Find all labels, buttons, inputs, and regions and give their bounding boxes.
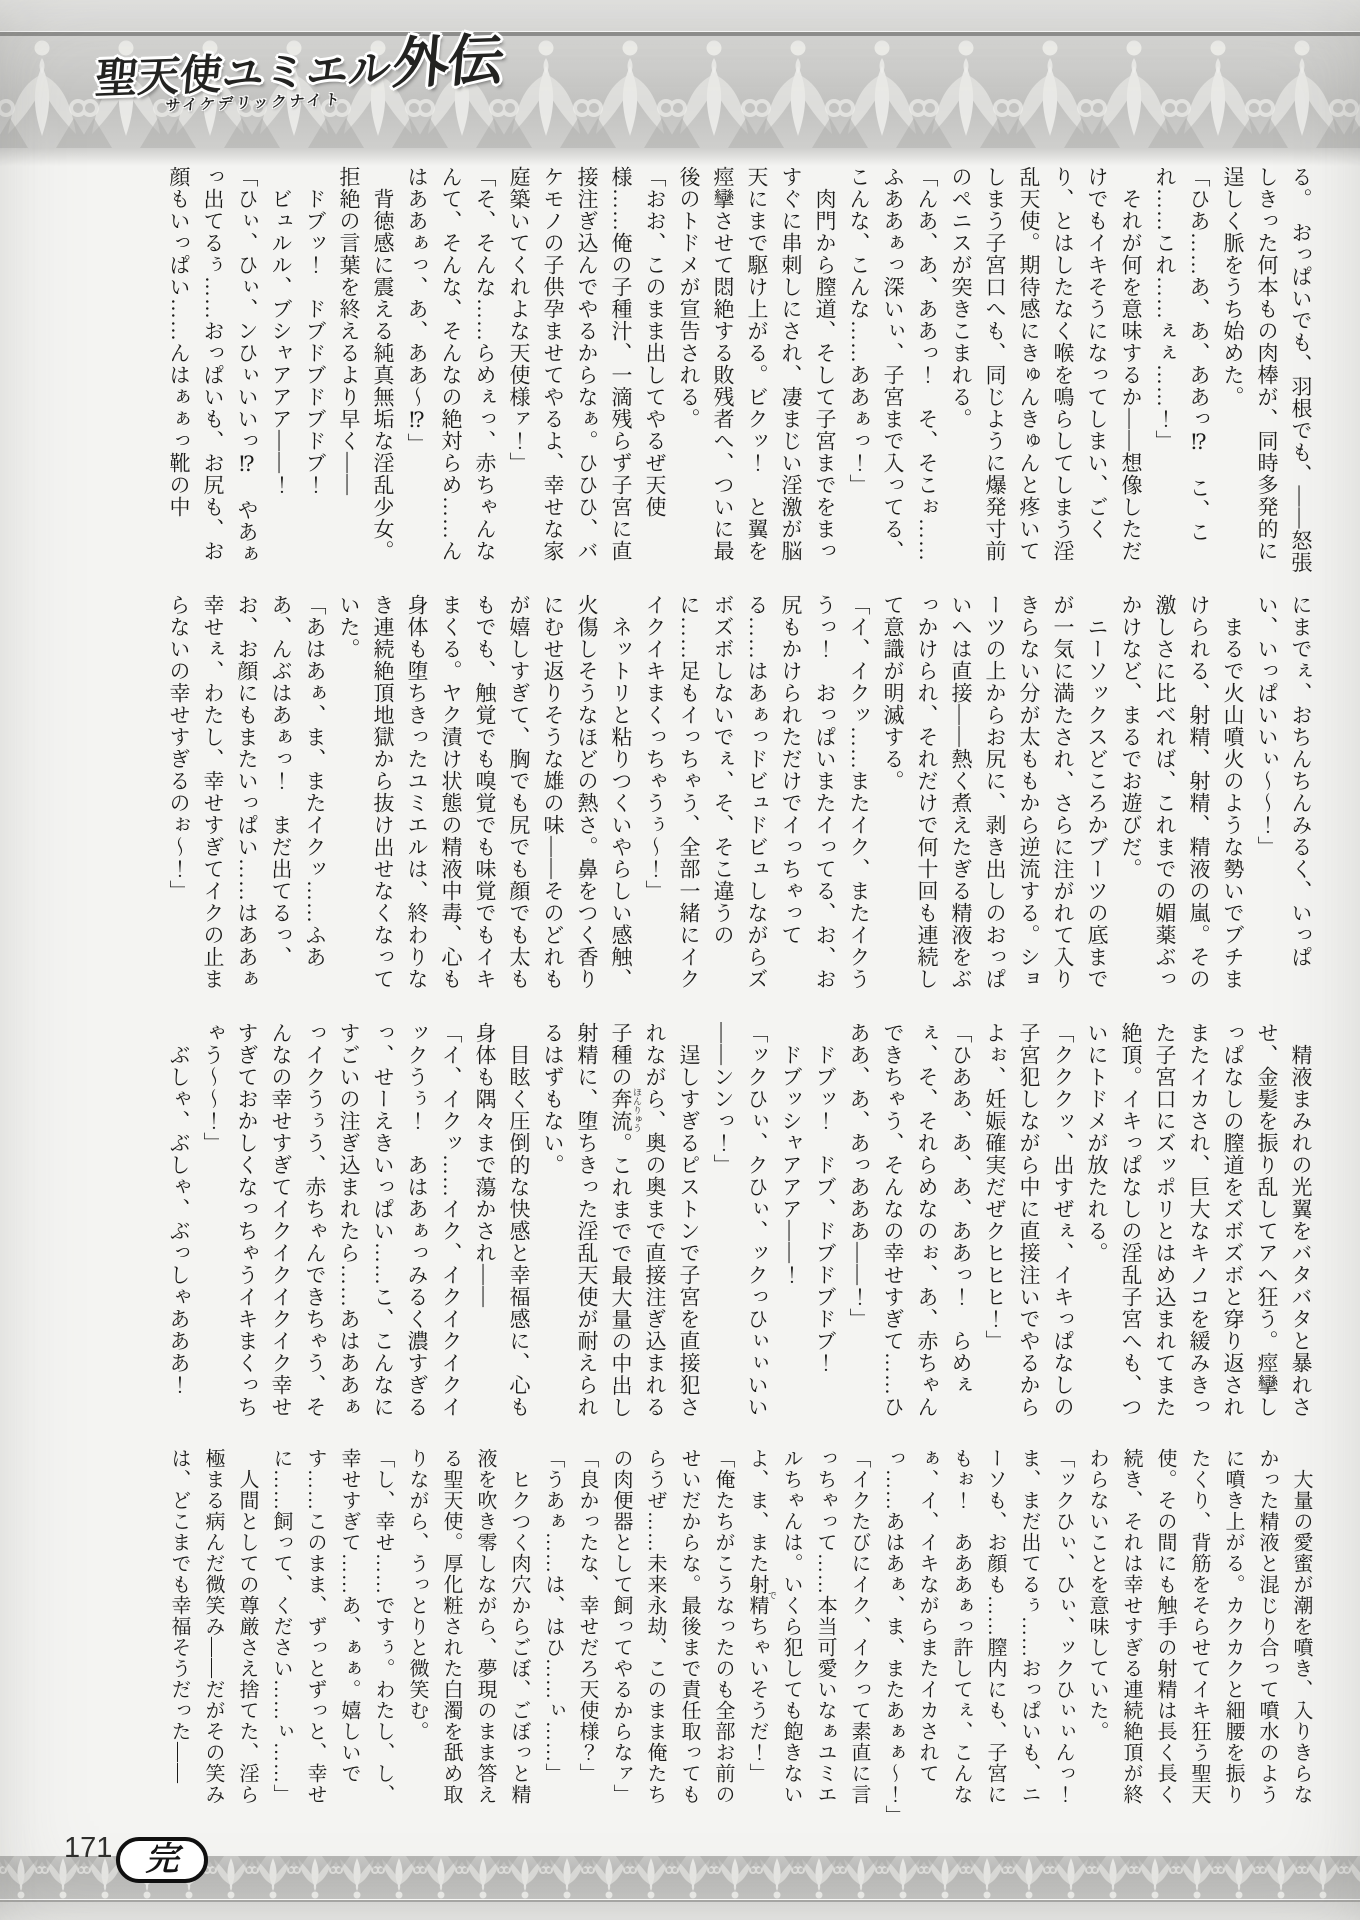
- bottom-margin-strip: [0, 1902, 1360, 1920]
- paragraph: 「うあぁ……は、はひ……ぃ……」: [536, 1448, 570, 1820]
- paragraph: ドブッ！ ドブ、ドブドブドブ！: [808, 1022, 842, 1436]
- paragraph: 「イ、イクッ……イク、イクイクイクイックうぅ！ あはあぁっみるく濃すぎるっ、せー…: [196, 1022, 468, 1436]
- paragraph: 「おお、このまま出してやるぜ天使様……俺の子種汁、一滴残らず子宮に直接注ぎ込んで…: [502, 166, 672, 580]
- paragraph: ヒクつく肉穴からごぼ、ごぼっと精液を吹き零しながら、夢現のまま答える聖天使。厚化…: [400, 1448, 536, 1820]
- paragraph: 肉門から膣道、そして子宮までをまっすぐに串刺しにされ、凄まじい淫激が脳天にまで駆…: [672, 166, 842, 580]
- page-number: 171: [64, 1832, 112, 1865]
- paragraph: 目眩く圧倒的な快感と幸福感に、心も身体も隅々まで蕩かされ――: [468, 1022, 536, 1436]
- paragraph: 「あはあぁ、ま、またイクッ……ふああ、んぶはあぁっ！ まだ出てるっ、お、お顔にも…: [162, 594, 332, 1008]
- paragraph: 「ひあ……あ、あ、ああっ⁉ こ、これ……これ……ぇぇ……！」: [1148, 166, 1216, 580]
- paragraph: それが何を意味するか――想像しただけでもイキそうになってしまい、ごくり、とはした…: [944, 166, 1148, 580]
- paragraph: ネットリと粘りつくいやらしい感触、火傷しそうなほどの熱さ。鼻をつく香りにむせ返り…: [332, 594, 638, 1008]
- paragraph: 「ひああ、あ、あ、ああっ！ らめぇぇ、そ、それらめなのぉ、あ、赤ちゃんできちゃう…: [842, 1022, 978, 1436]
- paragraph: ニーソックスどころかブーツの底までが一気に満たされ、さらに注がれて入りきらない分…: [876, 594, 1114, 1008]
- paragraph: 背徳感に震える純真無垢な淫乱少女。拒絶の言葉を終えるより早く――: [332, 166, 400, 580]
- paragraph: 「良かったな、幸せだろ天使様？」: [570, 1448, 604, 1820]
- paragraph: る。 おっぱいでも、羽根でも、――怒張しきった何本もの肉棒が、同時多発的に逞しく…: [1216, 166, 1318, 580]
- paragraph: ぶしゃ、ぶしゃ、ぶっしゃあああ！: [162, 1022, 196, 1436]
- paragraph: にまでぇ、おちんちんみるく、いっぱい、いっぱいいぃ～～！」: [1250, 594, 1318, 1008]
- novel-page: 聖天使ユミエル外伝 サイケデリックナイト る。 おっぱいでも、羽根でも、――怒張…: [0, 0, 1360, 1920]
- paragraph: 「んあ、あ、ああっ！ そ、そこぉ……ふああぁっ深いぃ、子宮まで入ってる、こんな、…: [842, 166, 944, 580]
- ornament-fade: [0, 148, 1360, 166]
- series-logo: 聖天使ユミエル外伝 サイケデリックナイト: [92, 33, 504, 118]
- text-band-3: 精液まみれの光翼をバタバタと暴れさせ、金髪を振り乱してアヘ狂う。痙攣しっぱなしの…: [74, 1022, 1318, 1436]
- text-band-2: にまでぇ、おちんちんみるく、いっぱい、いっぱいいぃ～～！」 まるで火山噴火のよう…: [74, 594, 1318, 1008]
- paragraph: ドブッシャアアア――！: [774, 1022, 808, 1436]
- paragraph: ビュルル、ブシャアアア――！: [264, 166, 298, 580]
- paragraph: 「ックひぃ、ひぃ、ックひぃぃんっ！ ま、まだ出てるぅ……おっぱいも、ニーソも、お…: [876, 1448, 1080, 1820]
- ruby-annotated-word: 射精で: [746, 1574, 768, 1616]
- top-margin-strip: [0, 0, 1360, 36]
- paragraph: 大量の愛蜜が潮を噴き、入りきらなかった精液と混じり合って噴水のように噴き上がる。…: [1080, 1448, 1318, 1820]
- paragraph: 逞しすぎるピストンで子宮を直接犯されながら、奥の奥まで直接注ぎ込まれる子種の奔流…: [536, 1022, 706, 1436]
- paragraph: 「そ、そんな……らめぇっ、赤ちゃんなんて、そんな、そんなの絶対らめ……んはああぁ…: [400, 166, 502, 580]
- paragraph: 「イ、イクッ……またイク、またイクううっ！ おっぱいまたイってる、お、お尻もかけ…: [638, 594, 876, 1008]
- logo-title-suffix: 外伝: [390, 30, 504, 96]
- end-mark-badge: 完: [116, 1837, 208, 1883]
- text-band-1: る。 おっぱいでも、羽根でも、――怒張しきった何本もの肉棒が、同時多発的に逞しく…: [74, 166, 1318, 580]
- paragraph: 人間としての尊厳さえ捨てた、淫ら極まる病んだ微笑み――だがその笑みは、どこまでも…: [162, 1448, 264, 1820]
- paragraph: 「し、幸せ……ですぅ。わたし、し、幸せすぎて……あ、ぁぁ。嬉しいです……このまま…: [264, 1448, 400, 1820]
- end-mark-text: 完: [146, 1844, 179, 1877]
- paragraph: 「ひぃ、ひぃ、ンひぃいいっ⁉ やあぁっ出てるぅ……おっぱいも、お尻も、お顔もいっ…: [162, 166, 264, 580]
- paragraph: 「ックひぃ、クひぃ、ックっひぃぃいい――ンンっ！」: [706, 1022, 774, 1436]
- paragraph: 「クククッ、出すぜぇ、イキっぱなしの子宮犯しながら中に直接注いでやるからよぉ、妊…: [978, 1022, 1080, 1436]
- paragraph: 「俺たちがこうなったのも全部お前のせいだからな。最後まで責任取ってもらうぜ……未…: [604, 1448, 740, 1820]
- paragraph: ドブッ！ ドブドブドブドブ！: [298, 166, 332, 580]
- paragraph: 精液まみれの光翼をバタバタと暴れさせ、金髪を振り乱してアヘ狂う。痙攣しっぱなしの…: [1080, 1022, 1318, 1436]
- paragraph: まるで火山噴火のような勢いでブチまけられる、射精、射精、精液の嵐。その激しさに比…: [1114, 594, 1250, 1008]
- text-band-4: 大量の愛蜜が潮を噴き、入りきらなかった精液と混じり合って噴水のように噴き上がる。…: [74, 1448, 1318, 1820]
- paragraph: 「イクたびにイク、イクって素直に言っちゃって……本当可愛いなぁユミエルちゃんは。…: [740, 1448, 876, 1820]
- ruby-annotated-word: 奔流ほんりゅう: [609, 1088, 633, 1133]
